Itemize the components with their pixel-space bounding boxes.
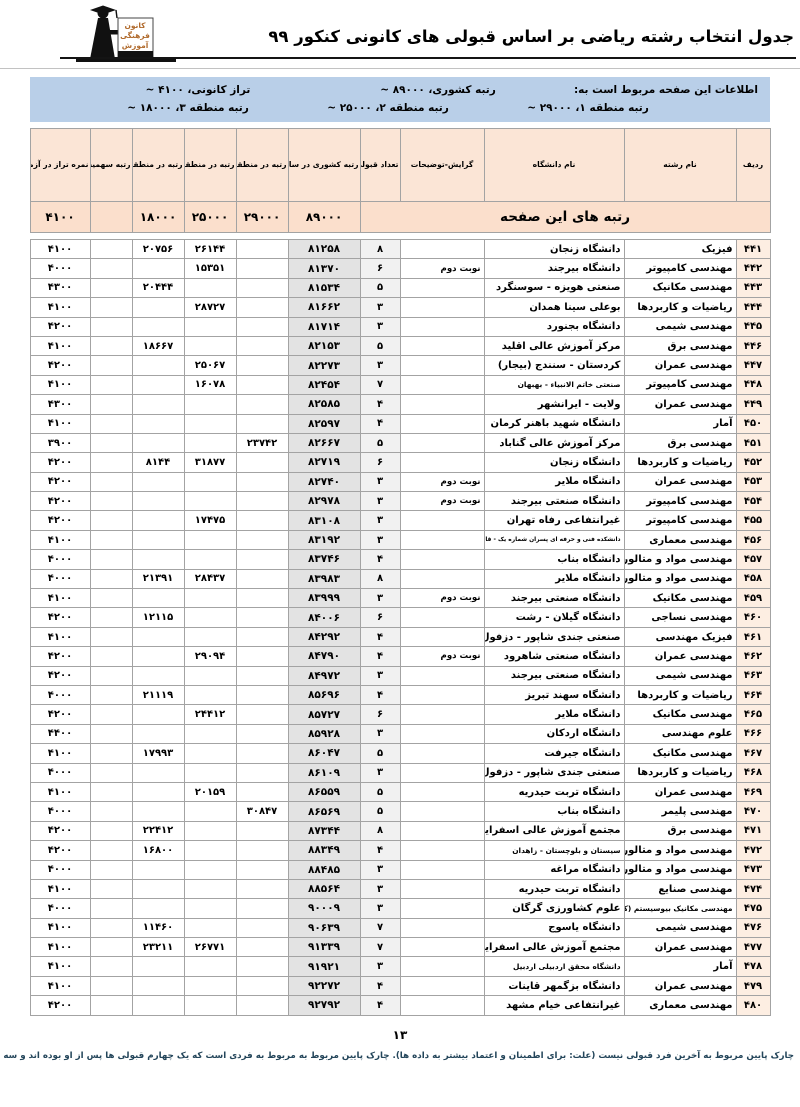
cell-m3	[132, 356, 184, 375]
info-region1-rank: رتبه منطقه ۱، ۲۹۰۰۰ ~	[488, 102, 688, 114]
logo-text-line2: فرهنگی	[120, 31, 150, 40]
cell-count: ۳	[360, 317, 400, 336]
cell-keshvari: ۸۱۳۷۰	[288, 259, 360, 278]
cell-reshte: مهندسی کامپیوتر	[624, 259, 736, 278]
cell-daneshgah: علوم کشاورزی گرگان	[484, 899, 624, 918]
cell-reshte: مهندسی برق	[624, 336, 736, 355]
header-reshte: نام رشته	[624, 129, 736, 202]
cell-count: ۳	[360, 860, 400, 879]
cell-m3: ۱۲۱۱۵	[132, 608, 184, 627]
cell-count: ۳	[360, 899, 400, 918]
cell-m3	[132, 802, 184, 821]
table-row: ۴۴۵مهندسی شیمیدانشگاه بجنورد۳۸۱۷۱۴۴۲۰۰	[30, 317, 770, 336]
cell-reshte: مهندسی عمران	[624, 976, 736, 995]
cell-radif: ۴۶۱	[736, 627, 770, 646]
table-row: ۴۸۰مهندسی معماریغیرانتفاعی خیام مشهد۴۹۲۷…	[30, 996, 770, 1015]
cell-count: ۸	[360, 569, 400, 588]
cell-taraz: ۴۲۰۰	[30, 492, 90, 511]
cell-m2	[184, 763, 236, 782]
cell-m1	[236, 918, 288, 937]
cell-gerayesh	[400, 298, 484, 317]
cell-count: ۳	[360, 763, 400, 782]
table-row: ۴۶۱فیزیک مهندسیصنعتی جندی شاپور - دزفول۴…	[30, 627, 770, 646]
table-row: ۴۶۳مهندسی شیمیدانشگاه صنعتی بیرجند۳۸۴۹۷۲…	[30, 666, 770, 685]
cell-count: ۴	[360, 685, 400, 704]
cell-sahmie	[90, 841, 132, 860]
cell-count: ۴	[360, 841, 400, 860]
cell-sahmie	[90, 899, 132, 918]
header-mantaghe2: رتبه در منطقه ۲ (چارک پایین)	[184, 129, 236, 202]
cell-radif: ۴۶۹	[736, 782, 770, 801]
info-country-rank: رتبه کشوری، ۸۹۰۰۰ ~	[308, 84, 568, 96]
cell-m2	[184, 492, 236, 511]
cell-reshte: آمار	[624, 414, 736, 433]
cell-sahmie	[90, 879, 132, 898]
cell-m3: ۲۱۳۹۱	[132, 569, 184, 588]
cell-m3	[132, 627, 184, 646]
cell-count: ۴	[360, 395, 400, 414]
cell-m1	[236, 414, 288, 433]
cell-reshte: مهندسی برق	[624, 821, 736, 840]
cell-radif: ۴۷۷	[736, 938, 770, 957]
cell-m1	[236, 375, 288, 394]
cell-radif: ۴۴۷	[736, 356, 770, 375]
cell-daneshgah: دانشگاه بناب	[484, 802, 624, 821]
cell-sahmie	[90, 763, 132, 782]
cell-daneshgah: دانشگاه جیرفت	[484, 744, 624, 763]
cell-gerayesh	[400, 414, 484, 433]
cell-keshvari: ۸۲۷۴۰	[288, 472, 360, 491]
cell-taraz: ۴۲۰۰	[30, 666, 90, 685]
cell-m3	[132, 317, 184, 336]
cell-count: ۶	[360, 259, 400, 278]
cell-gerayesh	[400, 685, 484, 704]
cell-m2	[184, 899, 236, 918]
cell-daneshgah: دانشگاه شهید باهنر کرمان	[484, 414, 624, 433]
cell-m2	[184, 395, 236, 414]
cell-keshvari: ۸۶۵۶۹	[288, 802, 360, 821]
cell-radif: ۴۵۸	[736, 569, 770, 588]
logo-text-line1: کانون	[124, 21, 146, 30]
cell-count: ۷	[360, 918, 400, 937]
cell-gerayesh	[400, 433, 484, 452]
cell-m2	[184, 841, 236, 860]
cell-keshvari: ۸۲۲۷۳	[288, 356, 360, 375]
table-row: ۴۶۴ریاضیات و کاربردهادانشگاه سهند تبریز۴…	[30, 685, 770, 704]
cell-taraz: ۴۱۰۰	[30, 744, 90, 763]
cell-m3	[132, 259, 184, 278]
cell-m1: ۳۰۸۴۷	[236, 802, 288, 821]
cell-reshte: ریاضیات و کاربردها	[624, 685, 736, 704]
cell-daneshgah: دانشگاه صنعتی بیرجند	[484, 589, 624, 608]
cell-reshte: مهندسی شیمی	[624, 666, 736, 685]
cell-sahmie	[90, 744, 132, 763]
cell-radif: ۴۷۱	[736, 821, 770, 840]
cell-m3: ۲۲۴۱۲	[132, 821, 184, 840]
cell-m1	[236, 569, 288, 588]
cell-taraz: ۴۱۰۰	[30, 976, 90, 995]
cell-daneshgah: دانشگاه سهند تبریز	[484, 685, 624, 704]
cell-daneshgah: دانشگاه بزگمهر قاینات	[484, 976, 624, 995]
cell-taraz: ۴۰۰۰	[30, 860, 90, 879]
cell-m2: ۲۹۰۹۴	[184, 647, 236, 666]
cell-count: ۳	[360, 356, 400, 375]
kanoon-logo: کانون فرهنگی آموزش	[62, 3, 180, 65]
cell-taraz: ۴۱۰۰	[30, 957, 90, 976]
cell-m2: ۲۵۰۶۷	[184, 356, 236, 375]
rankings-table: ۴۴۱فیزیکدانشگاه زنجان۸۸۱۲۵۸۲۶۱۴۴۲۰۷۵۶۴۱۰…	[30, 239, 771, 1016]
cell-sahmie	[90, 356, 132, 375]
table-row: ۴۶۷مهندسی مکانیکدانشگاه جیرفت۵۸۶۰۴۷۱۷۹۹۳…	[30, 744, 770, 763]
cell-m2	[184, 821, 236, 840]
cell-m2: ۲۶۷۷۱	[184, 938, 236, 957]
table-row: ۴۶۵مهندسی مکانیکدانشگاه ملایر۶۸۵۷۲۷۲۴۴۱۲…	[30, 705, 770, 724]
cell-gerayesh	[400, 938, 484, 957]
cell-daneshgah: مرکز آموزش عالی گناباد	[484, 433, 624, 452]
cell-keshvari: ۸۴۰۰۶	[288, 608, 360, 627]
cell-m1	[236, 647, 288, 666]
info-region3-rank: رتبه منطقه ۳، ۱۸۰۰۰ ~	[88, 102, 288, 114]
cell-m3	[132, 763, 184, 782]
cell-gerayesh	[400, 569, 484, 588]
cell-taraz: ۴۱۰۰	[30, 375, 90, 394]
cell-m1	[236, 957, 288, 976]
cell-m1: ۲۳۷۴۲	[236, 433, 288, 452]
cell-sahmie	[90, 782, 132, 801]
cell-daneshgah: مجتمع آموزش عالی اسفراین	[484, 938, 624, 957]
cell-m3	[132, 957, 184, 976]
cell-radif: ۴۸۰	[736, 996, 770, 1015]
cell-daneshgah: غیرانتفاعی خیام مشهد	[484, 996, 624, 1015]
cell-sahmie	[90, 996, 132, 1015]
page-title: جدول انتخاب رشته ریاضی بر اساس قبولی های…	[268, 27, 794, 46]
cell-gerayesh	[400, 744, 484, 763]
cell-radif: ۴۶۶	[736, 724, 770, 743]
cell-reshte: ریاضیات و کاربردها	[624, 298, 736, 317]
cell-m2	[184, 414, 236, 433]
cell-m3: ۱۶۸۰۰	[132, 841, 184, 860]
cell-m2	[184, 802, 236, 821]
cell-sahmie	[90, 453, 132, 472]
table-row: ۴۷۴مهندسی صنایعدانشگاه تربت حیدریه۳۸۸۵۶۴…	[30, 879, 770, 898]
cell-count: ۳	[360, 530, 400, 549]
table-row: ۴۴۴ریاضیات و کاربردهابوعلی سینا همدان۳۸۱…	[30, 298, 770, 317]
cell-sahmie	[90, 705, 132, 724]
cell-sahmie	[90, 395, 132, 414]
cell-taraz: ۴۱۰۰	[30, 879, 90, 898]
cell-count: ۷	[360, 375, 400, 394]
cell-daneshgah: دانشگاه بیرجند	[484, 259, 624, 278]
cell-keshvari: ۸۵۹۲۸	[288, 724, 360, 743]
cell-keshvari: ۸۲۹۷۸	[288, 492, 360, 511]
cell-count: ۴	[360, 414, 400, 433]
cell-keshvari: ۹۱۳۳۹	[288, 938, 360, 957]
cell-sahmie	[90, 278, 132, 297]
cell-m1	[236, 492, 288, 511]
cell-keshvari: ۸۵۶۹۶	[288, 685, 360, 704]
cell-radif: ۴۶۷	[736, 744, 770, 763]
cell-m3: ۱۱۴۶۰	[132, 918, 184, 937]
logo-baseline	[76, 59, 176, 62]
cell-daneshgah: دانشگاه محقق اردبیلی اردبیل	[484, 957, 624, 976]
cell-reshte: مهندسی عمران	[624, 472, 736, 491]
cell-sahmie	[90, 298, 132, 317]
cell-keshvari: ۸۳۱۰۸	[288, 511, 360, 530]
cell-daneshgah: مرکز آموزش عالی اقلید	[484, 336, 624, 355]
cell-count: ۸	[360, 240, 400, 259]
table-row: ۴۴۷مهندسی عمرانکردستان - سنندج (بیجار)۳۸…	[30, 356, 770, 375]
cell-daneshgah: دانشگاه صنعتی بیرجند	[484, 666, 624, 685]
cell-m1	[236, 511, 288, 530]
cell-keshvari: ۹۲۷۹۲	[288, 996, 360, 1015]
cell-keshvari: ۸۲۷۱۹	[288, 453, 360, 472]
cell-taraz: ۴۱۰۰	[30, 414, 90, 433]
cell-sahmie	[90, 336, 132, 355]
cell-reshte: آمار	[624, 957, 736, 976]
table-row: ۴۶۶علوم مهندسیدانشگاه اردکان۳۸۵۹۲۸۴۴۰۰	[30, 724, 770, 743]
cell-sahmie	[90, 666, 132, 685]
cell-daneshgah: سیستان و بلوچستان - زاهدان	[484, 841, 624, 860]
cell-m2	[184, 744, 236, 763]
cell-daneshgah: دانشگاه زنجان	[484, 453, 624, 472]
graduate-arm-icon	[107, 30, 119, 35]
cell-m3	[132, 666, 184, 685]
cell-gerayesh: نوبت دوم	[400, 472, 484, 491]
cell-keshvari: ۹۱۹۲۱	[288, 957, 360, 976]
cell-sahmie	[90, 608, 132, 627]
table-row: ۴۵۶مهندسی معماریدانشکده فنی و حرفه ای پس…	[30, 530, 770, 549]
table-row: ۴۵۰آماردانشگاه شهید باهنر کرمان۴۸۲۵۹۷۴۱۰…	[30, 414, 770, 433]
logo-text-line3: آموزش	[122, 40, 149, 50]
cell-taraz: ۴۱۰۰	[30, 782, 90, 801]
cell-reshte: مهندسی عمران	[624, 647, 736, 666]
cell-m1	[236, 976, 288, 995]
cell-gerayesh	[400, 841, 484, 860]
cell-m1	[236, 608, 288, 627]
cell-m1	[236, 899, 288, 918]
cell-count: ۳	[360, 957, 400, 976]
cell-m2	[184, 860, 236, 879]
cell-keshvari: ۸۲۵۸۵	[288, 395, 360, 414]
cell-m3	[132, 860, 184, 879]
cell-gerayesh	[400, 957, 484, 976]
cell-m3	[132, 705, 184, 724]
cell-reshte: فیزیک مهندسی	[624, 627, 736, 646]
cell-reshte: مهندسی شیمی	[624, 918, 736, 937]
cell-sahmie	[90, 317, 132, 336]
cell-radif: ۴۷۴	[736, 879, 770, 898]
cell-count: ۳	[360, 472, 400, 491]
cell-daneshgah: دانشگاه بناب	[484, 550, 624, 569]
cell-m2: ۲۸۴۳۷	[184, 569, 236, 588]
cell-radif: ۴۴۳	[736, 278, 770, 297]
cell-count: ۵	[360, 744, 400, 763]
cell-m1	[236, 259, 288, 278]
cell-radif: ۴۵۷	[736, 550, 770, 569]
header-mantaghe1: رتبه در منطقه ۱ (چارک پایین)	[236, 129, 288, 202]
cell-keshvari: ۸۲۶۶۷	[288, 433, 360, 452]
cell-m3: ۲۳۲۱۱	[132, 938, 184, 957]
cell-m3	[132, 472, 184, 491]
cell-sahmie	[90, 375, 132, 394]
table-row: ۴۶۲مهندسی عمراندانشگاه صنعتی شاهرودنوبت …	[30, 647, 770, 666]
table-row: ۴۴۲مهندسی کامپیوتردانشگاه بیرجندنوبت دوم…	[30, 259, 770, 278]
table-row: ۴۶۹مهندسی عمراندانشگاه تربت حیدریه۵۸۶۵۵۹…	[30, 782, 770, 801]
header-keshvari: رتبه کشوری در سال(های)گذشته (چارک پایین)	[288, 129, 360, 202]
cell-daneshgah: دانشگاه ملایر	[484, 705, 624, 724]
cell-m2	[184, 976, 236, 995]
cell-m1	[236, 782, 288, 801]
cell-m3	[132, 395, 184, 414]
cell-reshte: مهندسی نساجی	[624, 608, 736, 627]
cell-radif: ۴۵۳	[736, 472, 770, 491]
cell-daneshgah: دانشکده فنی و حرفه ای پسران شماره یک - ق…	[484, 530, 624, 549]
cell-m1	[236, 627, 288, 646]
header-gerayesh: گرایش-توضیحات	[400, 129, 484, 202]
cell-sahmie	[90, 647, 132, 666]
cell-keshvari: ۸۵۷۲۷	[288, 705, 360, 724]
cell-gerayesh	[400, 763, 484, 782]
cell-reshte: مهندسی شیمی	[624, 317, 736, 336]
cell-reshte: مهندسی مواد و متالورژی	[624, 569, 736, 588]
cell-gerayesh	[400, 375, 484, 394]
cell-m1	[236, 821, 288, 840]
cell-reshte: مهندسی کامپیوتر	[624, 375, 736, 394]
cell-radif: ۴۷۸	[736, 957, 770, 976]
cell-m3	[132, 996, 184, 1015]
info-box: اطلاعات این صفحه مربوط است به: رتبه کشور…	[30, 77, 770, 122]
cell-count: ۶	[360, 705, 400, 724]
cell-m1	[236, 472, 288, 491]
cell-radif: ۴۵۵	[736, 511, 770, 530]
cell-radif: ۴۶۵	[736, 705, 770, 724]
cell-count: ۸	[360, 821, 400, 840]
cell-count: ۵	[360, 336, 400, 355]
cell-m3: ۱۸۶۶۷	[132, 336, 184, 355]
cell-m1	[236, 317, 288, 336]
page-rank-keshvari: ۸۹۰۰۰	[288, 202, 360, 233]
cell-m3	[132, 724, 184, 743]
cell-sahmie	[90, 550, 132, 569]
cell-m1	[236, 278, 288, 297]
cell-keshvari: ۸۸۵۶۴	[288, 879, 360, 898]
cell-count: ۳	[360, 879, 400, 898]
cell-m1	[236, 705, 288, 724]
table-row: ۴۶۰مهندسی نساجیدانشگاه گیلان - رشت۶۸۴۰۰۶…	[30, 608, 770, 627]
cell-m1	[236, 763, 288, 782]
cell-keshvari: ۸۲۴۵۴	[288, 375, 360, 394]
cell-gerayesh	[400, 356, 484, 375]
cell-radif: ۴۶۳	[736, 666, 770, 685]
cell-gerayesh	[400, 879, 484, 898]
cell-keshvari: ۹۰۶۳۹	[288, 918, 360, 937]
header-mantaghe3: رتبه در منطقه ۳ (چارک پایین)	[132, 129, 184, 202]
cell-radif: ۴۴۸	[736, 375, 770, 394]
cell-count: ۳	[360, 724, 400, 743]
table-row: ۴۷۰مهندسی پلیمردانشگاه بناب۵۸۶۵۶۹۳۰۸۴۷۴۰…	[30, 802, 770, 821]
cell-gerayesh	[400, 240, 484, 259]
cell-m2	[184, 918, 236, 937]
cell-radif: ۴۵۹	[736, 589, 770, 608]
cell-m2	[184, 317, 236, 336]
cell-m2	[184, 589, 236, 608]
cell-gerayesh	[400, 976, 484, 995]
cell-taraz: ۴۲۰۰	[30, 453, 90, 472]
cell-sahmie	[90, 627, 132, 646]
cell-keshvari: ۸۲۵۹۷	[288, 414, 360, 433]
cell-reshte: مهندسی کامپیوتر	[624, 492, 736, 511]
page-rank-sahmie	[90, 202, 132, 233]
cell-gerayesh	[400, 705, 484, 724]
cell-radif: ۴۷۹	[736, 976, 770, 995]
cell-reshte: مهندسی مکانیک	[624, 278, 736, 297]
cell-daneshgah: بوعلی سینا همدان	[484, 298, 624, 317]
info-intro: اطلاعات این صفحه مربوط است به:	[568, 84, 758, 96]
cell-daneshgah: غیرانتفاعی رفاه تهران	[484, 511, 624, 530]
cell-m3	[132, 879, 184, 898]
cell-daneshgah: صنعتی خاتم الانبیاء - بهبهان	[484, 375, 624, 394]
cell-m1	[236, 841, 288, 860]
cell-taraz: ۴۴۰۰	[30, 724, 90, 743]
cell-keshvari: ۸۱۵۳۴	[288, 278, 360, 297]
table-row: ۴۷۳مهندسی مواد و متالورژیدانشگاه مراغه۳۸…	[30, 860, 770, 879]
cell-gerayesh: نوبت دوم	[400, 647, 484, 666]
cell-keshvari: ۸۳۱۹۲	[288, 530, 360, 549]
cell-gerayesh	[400, 899, 484, 918]
table-row: ۴۴۳مهندسی مکانیکصنعتی هویزه - سوسنگرد۵۸۱…	[30, 278, 770, 297]
cell-reshte: فیزیک	[624, 240, 736, 259]
cell-taraz: ۴۰۰۰	[30, 569, 90, 588]
table-row: ۴۵۴مهندسی کامپیوتردانشگاه صنعتی بیرجندنو…	[30, 492, 770, 511]
header-taraz: نمره تراز در آزمون های کانون (چارک پایین…	[30, 129, 90, 202]
cell-gerayesh	[400, 627, 484, 646]
cell-radif: ۴۶۸	[736, 763, 770, 782]
cell-taraz: ۴۲۰۰	[30, 317, 90, 336]
page-ranks-row: رتبه های این صفحه ۸۹۰۰۰ ۲۹۰۰۰ ۲۵۰۰۰ ۱۸۰۰…	[30, 202, 770, 233]
cell-gerayesh: نوبت دوم	[400, 259, 484, 278]
cell-m1	[236, 666, 288, 685]
cell-taraz: ۴۲۰۰	[30, 821, 90, 840]
cell-keshvari: ۸۶۵۵۹	[288, 782, 360, 801]
cell-sahmie	[90, 259, 132, 278]
cell-reshte: مهندسی برق	[624, 433, 736, 452]
cell-m2	[184, 433, 236, 452]
cell-daneshgah: دانشگاه تربت حیدریه	[484, 879, 624, 898]
cell-keshvari: ۹۰۰۰۹	[288, 899, 360, 918]
cell-m3	[132, 433, 184, 452]
table-row: ۴۵۳مهندسی عمراندانشگاه ملایرنوبت دوم۳۸۲۷…	[30, 472, 770, 491]
cell-m3	[132, 530, 184, 549]
header-sahmie: رتبه سهمیه ۵ درصد (چارک پایین)	[90, 129, 132, 202]
cell-gerayesh	[400, 530, 484, 549]
cell-keshvari: ۸۸۳۴۹	[288, 841, 360, 860]
cell-taraz: ۴۰۰۰	[30, 685, 90, 704]
cell-m3	[132, 492, 184, 511]
cell-count: ۵	[360, 278, 400, 297]
cell-taraz: ۴۳۰۰	[30, 278, 90, 297]
cell-m2	[184, 550, 236, 569]
cell-m2: ۲۶۱۴۴	[184, 240, 236, 259]
cell-taraz: ۴۱۰۰	[30, 918, 90, 937]
info-taraz: تراز کانونی، ۴۱۰۰ ~	[88, 84, 308, 96]
cell-m1	[236, 996, 288, 1015]
cell-m3	[132, 976, 184, 995]
cell-reshte: مهندسی مواد و متالورژی	[624, 841, 736, 860]
cell-gerayesh	[400, 782, 484, 801]
cell-m2	[184, 957, 236, 976]
cell-keshvari: ۸۴۹۷۲	[288, 666, 360, 685]
cell-daneshgah: دانشگاه اردکان	[484, 724, 624, 743]
